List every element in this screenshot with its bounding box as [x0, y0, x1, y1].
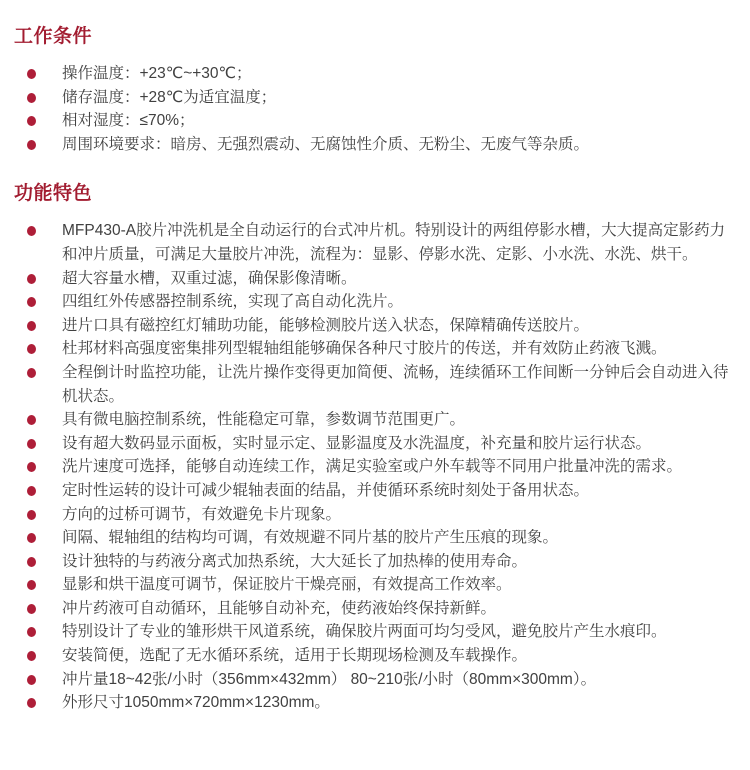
list-item: 设有超大数码显示面板，实时显示定、显影温度及水洗温度，补充量和胶片运行状态。 — [14, 432, 738, 456]
section-title-features: 功能特色 — [14, 181, 738, 206]
list-item: 相对湿度：≤70%； — [14, 109, 738, 133]
list-item: 定时性运转的设计可减少辊轴表面的结晶，并使循环系统时刻处于备用状态。 — [14, 479, 738, 503]
list-item-text: 外形尺寸1050mm×720mm×1230mm。 — [62, 691, 738, 715]
bullet-icon — [27, 368, 36, 378]
list-item-text: 储存温度：+28℃为适宜温度； — [62, 86, 738, 110]
bullet-icon — [27, 462, 36, 472]
list-item-text: 冲片量18~42张/小时（356mm×432mm） 80~210张/小时（80m… — [62, 668, 738, 692]
list-item: 洗片速度可选择，能够自动连续工作，满足实验室或户外车载等不同用户批量冲洗的需求。 — [14, 455, 738, 479]
bullet-icon — [27, 93, 36, 103]
bullet-icon — [27, 557, 36, 567]
bullet-icon — [27, 533, 36, 543]
list-item: 操作温度：+23℃~+30℃； — [14, 62, 738, 86]
list-item: 设计独特的与药液分离式加热系统，大大延长了加热棒的使用寿命。 — [14, 550, 738, 574]
list-item-text: 洗片速度可选择，能够自动连续工作，满足实验室或户外车载等不同用户批量冲洗的需求。 — [62, 455, 738, 479]
list-item: 方向的过桥可调节，有效避免卡片现象。 — [14, 503, 738, 527]
list-item: 周围环境要求：暗房、无强烈震动、无腐蚀性介质、无粉尘、无废气等杂质。 — [14, 133, 738, 157]
list-item-text: 周围环境要求：暗房、无强烈震动、无腐蚀性介质、无粉尘、无废气等杂质。 — [62, 133, 738, 157]
list-item-text: 具有微电脑控制系统，性能稳定可靠，参数调节范围更广。 — [62, 408, 738, 432]
list-item-text: MFP430-A胶片冲洗机是全自动运行的台式冲片机。特别设计的两组停影水槽，大大… — [62, 219, 738, 266]
list-item-text: 定时性运转的设计可减少辊轴表面的结晶，并使循环系统时刻处于备用状态。 — [62, 479, 738, 503]
bullet-icon — [27, 439, 36, 449]
list-item-text: 方向的过桥可调节，有效避免卡片现象。 — [62, 503, 738, 527]
list-item: 冲片药液可自动循环，且能够自动补充，使药液始终保持新鲜。 — [14, 597, 738, 621]
list-item-text: 显影和烘干温度可调节，保证胶片干燥亮丽，有效提高工作效率。 — [62, 573, 738, 597]
list-item-text: 杜邦材料高强度密集排列型辊轴组能够确保各种尺寸胶片的传送，并有效防止药液飞溅。 — [62, 337, 738, 361]
list-item: 间隔、辊轴组的结构均可调，有效规避不同片基的胶片产生压痕的现象。 — [14, 526, 738, 550]
working-conditions-list: 操作温度：+23℃~+30℃； 储存温度：+28℃为适宜温度； 相对湿度：≤70… — [14, 62, 738, 156]
list-item-text: 特别设计了专业的雏形烘干风道系统，确保胶片两面可均匀受风，避免胶片产生水痕印。 — [62, 620, 738, 644]
features-list: MFP430-A胶片冲洗机是全自动运行的台式冲片机。特别设计的两组停影水槽，大大… — [14, 219, 738, 714]
list-item: 杜邦材料高强度密集排列型辊轴组能够确保各种尺寸胶片的传送，并有效防止药液飞溅。 — [14, 337, 738, 361]
list-item: 外形尺寸1050mm×720mm×1230mm。 — [14, 691, 738, 715]
list-item: 储存温度：+28℃为适宜温度； — [14, 86, 738, 110]
bullet-icon — [27, 675, 36, 685]
list-item: 特别设计了专业的雏形烘干风道系统，确保胶片两面可均匀受风，避免胶片产生水痕印。 — [14, 620, 738, 644]
section-features: 功能特色 MFP430-A胶片冲洗机是全自动运行的台式冲片机。特别设计的两组停影… — [14, 181, 738, 714]
bullet-icon — [27, 627, 36, 637]
list-item: 全程倒计时监控功能，让洗片操作变得更加简便、流畅，连续循环工作间断一分钟后会自动… — [14, 361, 738, 408]
list-item-text: 操作温度：+23℃~+30℃； — [62, 62, 738, 86]
bullet-icon — [27, 651, 36, 661]
list-item: 四组红外传感器控制系统，实现了高自动化洗片。 — [14, 290, 738, 314]
bullet-icon — [27, 226, 36, 236]
bullet-icon — [27, 344, 36, 354]
bullet-icon — [27, 69, 36, 79]
section-working-conditions: 工作条件 操作温度：+23℃~+30℃； 储存温度：+28℃为适宜温度； 相对湿… — [14, 24, 738, 156]
bullet-icon — [27, 604, 36, 614]
list-item: 显影和烘干温度可调节，保证胶片干燥亮丽，有效提高工作效率。 — [14, 573, 738, 597]
bullet-icon — [27, 510, 36, 520]
list-item: 冲片量18~42张/小时（356mm×432mm） 80~210张/小时（80m… — [14, 668, 738, 692]
bullet-icon — [27, 140, 36, 150]
bullet-icon — [27, 486, 36, 496]
bullet-icon — [27, 297, 36, 307]
bullet-icon — [27, 274, 36, 284]
bullet-icon — [27, 580, 36, 590]
list-item-text: 超大容量水槽，双重过滤，确保影像清晰。 — [62, 267, 738, 291]
list-item: 进片口具有磁控红灯辅助功能，能够检测胶片送入状态，保障精确传送胶片。 — [14, 314, 738, 338]
list-item-text: 四组红外传感器控制系统，实现了高自动化洗片。 — [62, 290, 738, 314]
bullet-icon — [27, 415, 36, 425]
list-item-text: 设有超大数码显示面板，实时显示定、显影温度及水洗温度，补充量和胶片运行状态。 — [62, 432, 738, 456]
list-item-text: 冲片药液可自动循环，且能够自动补充，使药液始终保持新鲜。 — [62, 597, 738, 621]
list-item: 超大容量水槽，双重过滤，确保影像清晰。 — [14, 267, 738, 291]
bullet-icon — [27, 116, 36, 126]
list-item-text: 进片口具有磁控红灯辅助功能，能够检测胶片送入状态，保障精确传送胶片。 — [62, 314, 738, 338]
list-item: MFP430-A胶片冲洗机是全自动运行的台式冲片机。特别设计的两组停影水槽，大大… — [14, 219, 738, 266]
list-item-text: 间隔、辊轴组的结构均可调，有效规避不同片基的胶片产生压痕的现象。 — [62, 526, 738, 550]
list-item-text: 全程倒计时监控功能，让洗片操作变得更加简便、流畅，连续循环工作间断一分钟后会自动… — [62, 361, 738, 408]
list-item: 具有微电脑控制系统，性能稳定可靠，参数调节范围更广。 — [14, 408, 738, 432]
list-item-text: 安装简便，选配了无水循环系统，适用于长期现场检测及车载操作。 — [62, 644, 738, 668]
section-title-working-conditions: 工作条件 — [14, 24, 738, 49]
bullet-icon — [27, 321, 36, 331]
list-item-text: 设计独特的与药液分离式加热系统，大大延长了加热棒的使用寿命。 — [62, 550, 738, 574]
list-item: 安装简便，选配了无水循环系统，适用于长期现场检测及车载操作。 — [14, 644, 738, 668]
list-item-text: 相对湿度：≤70%； — [62, 109, 738, 133]
bullet-icon — [27, 698, 36, 708]
spec-document: 工作条件 操作温度：+23℃~+30℃； 储存温度：+28℃为适宜温度； 相对湿… — [0, 0, 750, 715]
